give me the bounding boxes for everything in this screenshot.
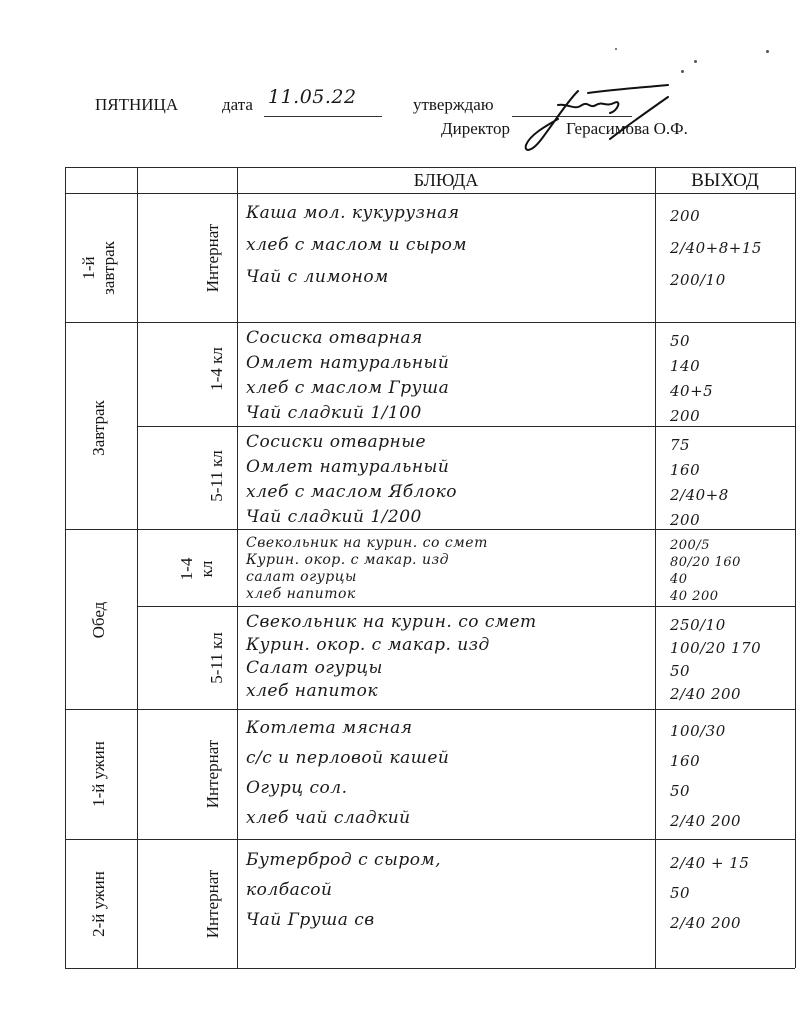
dish-output: 75: [670, 436, 690, 454]
column-header-dishes: БЛЮДА: [237, 170, 655, 191]
group-label: 1-4 кл: [177, 544, 221, 594]
dish-item: Омлет натуральный: [246, 459, 449, 476]
dish-item: Свекольник на курин. со смет: [246, 614, 537, 631]
dish-item: Бутерброд с сыром,: [246, 852, 441, 869]
table-border: [137, 606, 795, 607]
scan-speck: [681, 70, 684, 73]
dish-output: 2/40 200: [670, 685, 741, 703]
dish-output: 200: [670, 207, 700, 225]
dish-item: Чай сладкий 1/200: [246, 509, 422, 526]
date-value: 11.05.22: [268, 86, 378, 108]
dish-output: 160: [670, 752, 700, 770]
dish-output: 2/40 200: [670, 812, 741, 830]
meal-label: 1-й ужин: [89, 724, 113, 824]
table-border: [65, 968, 795, 969]
dish-item: хлеб с маслом Груша: [246, 380, 449, 397]
dish-output: 140: [670, 357, 700, 375]
dish-item: Свекольник на курин. со смет: [246, 536, 488, 550]
dish-item: хлеб чай сладкий: [246, 810, 411, 827]
group-label: Интернат: [203, 724, 227, 824]
table-border: [65, 529, 795, 530]
signature-icon: [518, 83, 678, 155]
meal-label-line: завтрак: [99, 204, 119, 332]
dish-item: Курин. окор. с макар. изд: [246, 637, 490, 654]
meal-label-line: 1-й: [79, 204, 99, 332]
group-label: Интернат: [203, 208, 227, 308]
dish-output: 2/40+8+15: [670, 239, 762, 257]
dish-output: 100/30: [670, 722, 726, 740]
dish-output: 80/20 160: [670, 555, 741, 570]
dish-output: 40 200: [670, 589, 719, 604]
approve-label: утверждаю: [413, 95, 494, 115]
dish-item: Каша мол. кукурузная: [246, 205, 460, 222]
dish-output: 200/10: [670, 271, 726, 289]
dish-item: Чай Груша св: [246, 912, 375, 929]
dish-item: Чай с лимоном: [246, 269, 389, 286]
meal-label: 1-й завтрак: [79, 204, 123, 332]
dish-output: 50: [670, 884, 690, 902]
table-border: [137, 167, 138, 968]
dish-output: 50: [670, 662, 690, 680]
dish-output: 160: [670, 461, 700, 479]
dish-output: 2/40 200: [670, 914, 741, 932]
dish-item: Котлета мясная: [246, 720, 413, 737]
dish-item: хлеб с маслом и сыром: [246, 237, 467, 254]
dish-output: 2/40 + 15: [670, 854, 749, 872]
scan-speck: [766, 50, 769, 53]
meal-label: Обед: [89, 580, 113, 660]
dish-output: 2/40+8: [670, 486, 729, 504]
meal-label: 2-й ужин: [89, 854, 113, 954]
table-border: [65, 167, 795, 168]
dish-item: Курин. окор. с макар. изд: [246, 553, 449, 567]
dish-item: Сосиски отварные: [246, 434, 426, 451]
date-underline: [264, 116, 382, 117]
group-label: 1-4 кл: [207, 329, 231, 409]
dish-output: 50: [670, 332, 690, 350]
dish-item: Омлет натуральный: [246, 355, 449, 372]
table-border: [65, 839, 795, 840]
scan-speck: [694, 60, 697, 63]
dish-item: хлеб напиток: [246, 683, 378, 700]
table-border: [65, 167, 66, 968]
dish-output: 200/5: [670, 538, 710, 553]
day-of-week: ПЯТНИЦА: [95, 95, 178, 115]
date-label: дата: [222, 95, 253, 115]
table-border: [65, 322, 795, 323]
table-border: [655, 167, 656, 968]
dish-output: 40: [670, 572, 688, 587]
dish-output: 100/20 170: [670, 639, 761, 657]
table-border: [237, 167, 238, 968]
table-border: [795, 167, 796, 968]
meal-label: Завтрак: [89, 378, 113, 478]
group-label: 5-11 кл: [207, 613, 231, 703]
table-border: [137, 426, 795, 427]
group-label-line: кл: [197, 544, 217, 594]
group-label: Интернат: [203, 854, 227, 954]
dish-output: 200: [670, 511, 700, 529]
group-label: 5-11 кл: [207, 431, 231, 521]
dish-item: с/с и перловой кашей: [246, 750, 449, 767]
dish-item: Сосиска отварная: [246, 330, 423, 347]
dish-item: Огурц сол.: [246, 780, 348, 797]
group-label-line: 1-4: [177, 544, 197, 594]
table-border: [65, 709, 795, 710]
director-label: Директор: [441, 119, 510, 139]
dish-output: 250/10: [670, 616, 726, 634]
table-border: [65, 193, 795, 194]
column-header-output: ВЫХОД: [655, 170, 795, 192]
dish-item: Салат огурцы: [246, 660, 383, 677]
dish-output: 40+5: [670, 382, 713, 400]
dish-output: 50: [670, 782, 690, 800]
dish-item: салат огурцы: [246, 570, 357, 584]
scan-speck: [615, 48, 617, 50]
dish-item: хлеб напиток: [246, 587, 356, 601]
dish-output: 200: [670, 407, 700, 425]
dish-item: хлеб с маслом Яблоко: [246, 484, 457, 501]
dish-item: колбасой: [246, 882, 332, 899]
dish-item: Чай сладкий 1/100: [246, 405, 422, 422]
